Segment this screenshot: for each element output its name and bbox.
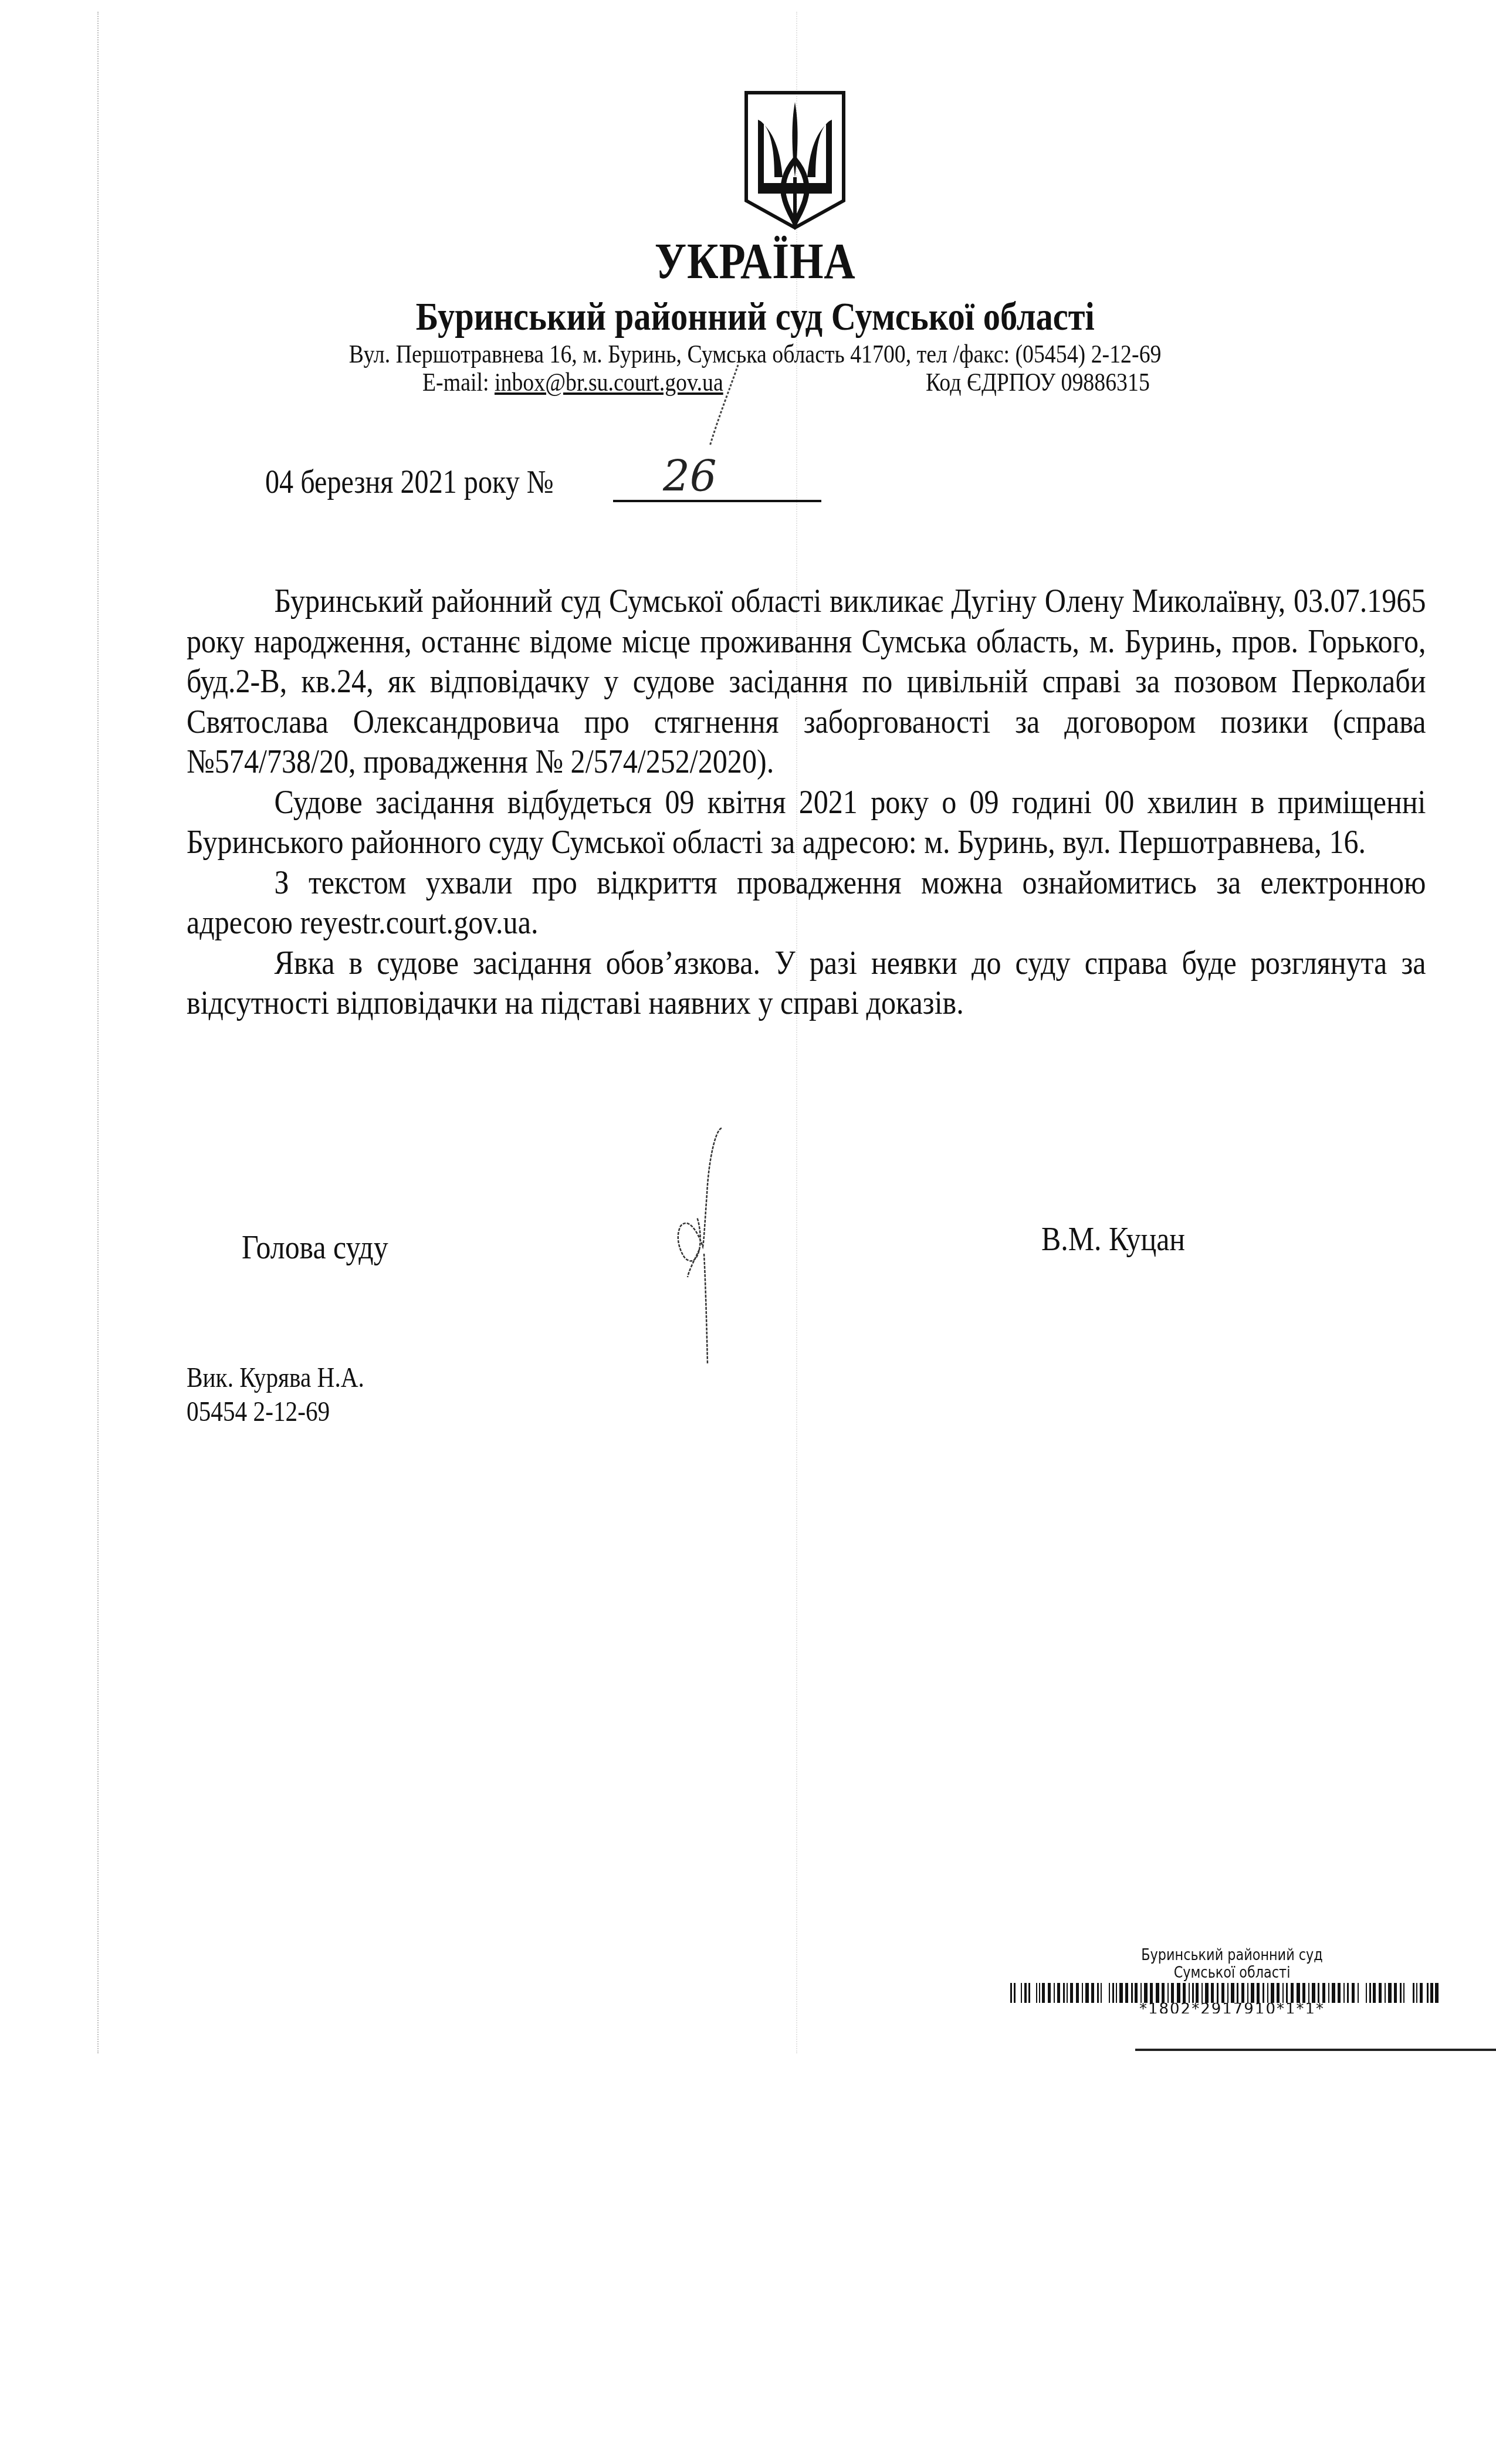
barcode-stamp: Буринський районний суд Сумської області [1009, 1947, 1455, 2013]
letter-body: Буринський районний суд Сумської області… [187, 581, 1426, 1023]
executor-phone: 05454 2-12-69 [187, 1395, 364, 1429]
barcode-caption-line1: Буринський районний суд [1040, 1947, 1424, 1964]
scan-edge-rule [1135, 2049, 1496, 2051]
letter-number-handwritten: 26 [663, 452, 717, 501]
letter-date: 04 березня 2021 року № [265, 463, 554, 501]
number-underline [613, 500, 821, 502]
barcode-icon [1009, 1983, 1455, 2003]
edrpou-code: Код ЄДРПОУ 09886315 [926, 367, 1150, 397]
handwritten-signature [634, 1123, 751, 1370]
paragraph-ruling-link: З текстом ухвали про відкриття проваджен… [187, 862, 1426, 943]
barcode-number: *1802*2917910*1*1* [1009, 2003, 1455, 2013]
paragraph-attendance: Явка в судове засідання обов’язкова. У р… [187, 943, 1426, 1023]
signatory-name: В.М. Куцан [1041, 1219, 1185, 1258]
paragraph-hearing-date: Судове засідання відбудеться 09 квітня 2… [187, 782, 1426, 862]
barcode-caption-line2: Сумської області [1040, 1964, 1424, 1982]
country-title: УКРАЇНА [112, 232, 1399, 290]
signatory-role: Голова суду [242, 1227, 388, 1267]
executor-name: Вик. Курява Н.А. [187, 1361, 364, 1395]
court-address: Вул. Першотравнева 16, м. Буринь, Сумськ… [112, 339, 1399, 369]
scan-artifact-line-left [97, 12, 99, 2053]
court-name: Буринський районний суд Сумської області [112, 293, 1399, 340]
trident-coat-of-arms-icon [744, 89, 846, 230]
paragraph-summons: Буринський районний суд Сумської області… [187, 581, 1426, 782]
email-label: E-mail: [422, 368, 495, 397]
executor-info: Вик. Курява Н.А. 05454 2-12-69 [187, 1361, 364, 1429]
